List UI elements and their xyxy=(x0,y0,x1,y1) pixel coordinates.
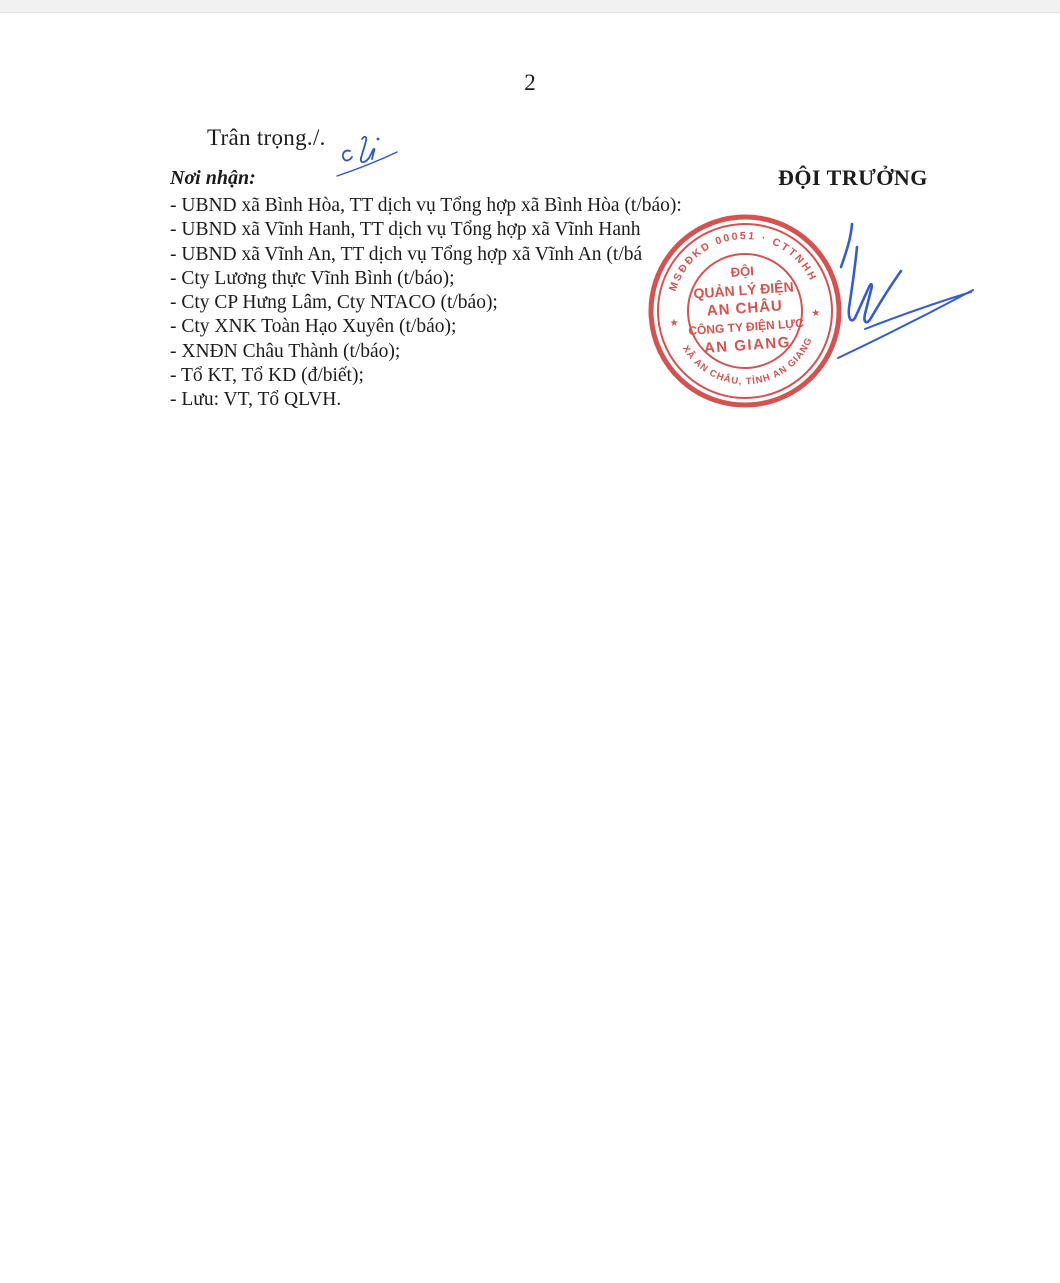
recipient-line: - Tổ KT, Tổ KD (đ/biết); xyxy=(170,364,730,388)
handwritten-signature-icon xyxy=(823,213,1060,368)
official-red-stamp-icon: MSĐĐKD 00051 · CTTNHH XÃ AN CHÂU, TỈNH A… xyxy=(638,200,852,421)
recipient-line: - Lưu: VT, Tổ QLVH. xyxy=(170,388,730,412)
recipients-heading: Nơi nhận: xyxy=(170,167,256,190)
stamp-star-left-icon: ★ xyxy=(669,318,679,330)
signer-title: ĐỘI TRƯỞNG xyxy=(778,165,928,191)
stamp-center-line: ĐỘI xyxy=(730,263,754,280)
handwritten-initials-icon xyxy=(333,130,405,180)
page-edge-strip xyxy=(0,0,1060,13)
recipient-line: - XNĐN Châu Thành (t/báo); xyxy=(170,340,730,364)
closing-phrase: Trân trọng./. xyxy=(207,125,326,151)
document-page: 2 Trân trọng./. ĐỘI TRƯỞNG Nơi nhận: - U… xyxy=(0,0,1060,1283)
stamp-star-right-icon: ★ xyxy=(811,308,821,320)
page-number: 2 xyxy=(0,70,1060,96)
stamp-center-line: AN GIANG xyxy=(703,334,791,357)
